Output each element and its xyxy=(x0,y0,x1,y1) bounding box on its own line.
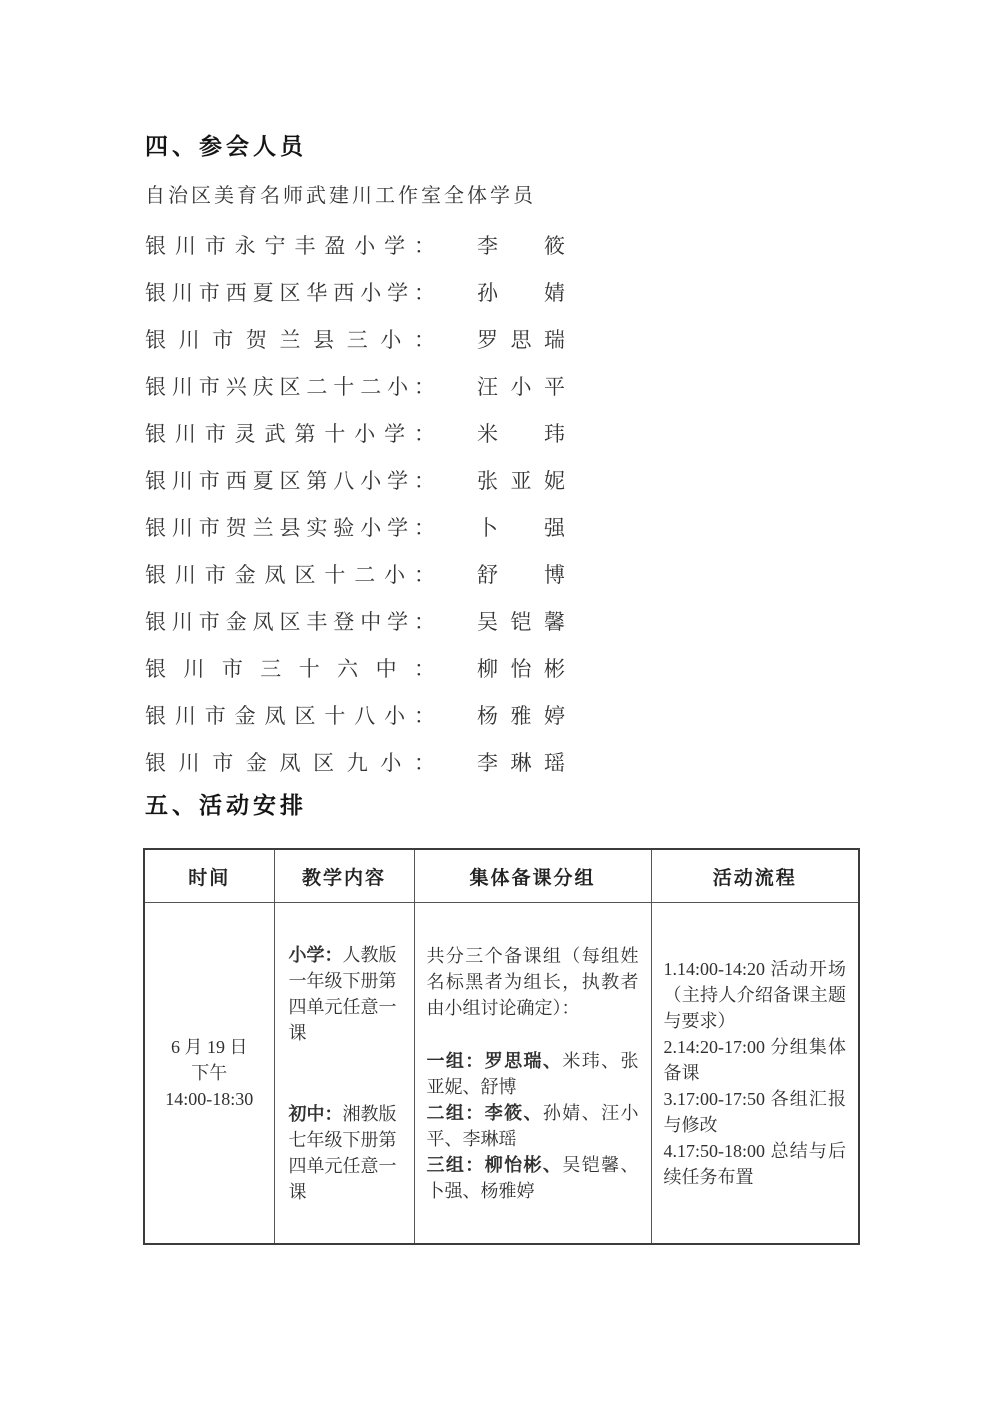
time-cell: 6 月 19 日 下午 14:00-18:30 xyxy=(144,903,274,1245)
teaching-primary-paragraph: 小学：人教版一年级下册第四单元任意一课 xyxy=(289,942,400,1046)
participant-row: 银川市灵武第十小学：米玮 xyxy=(145,409,565,456)
teaching-primary-label: 小学： xyxy=(289,945,343,965)
group-3-leader: 三组：柳怡彬、 xyxy=(427,1155,563,1175)
schedule-header-row: 时间 教学内容 集体备课分组 活动流程 xyxy=(144,849,859,903)
participant-list: 银川市永宁丰盈小学：李筱银川市西夏区华西小学：孙婧银川市贺兰县三小：罗思瑞银川市… xyxy=(145,221,565,785)
participant-row: 银川市贺兰县实验小学：卜强 xyxy=(145,503,565,550)
participant-row: 银川市贺兰县三小：罗思瑞 xyxy=(145,315,565,362)
teaching-content-cell: 小学：人教版一年级下册第四单元任意一课 初中：湘教版七年级下册第四单元任意一课 xyxy=(274,903,414,1245)
group-line-2: 二组：李筱、孙婧、汪小平、李琳瑶 xyxy=(427,1100,639,1152)
participant-school: 银川市三十六中： xyxy=(145,653,435,683)
participant-row: 银川市西夏区华西小学：孙婧 xyxy=(145,268,565,315)
participant-name: 杨雅婷 xyxy=(477,700,565,730)
group-1-leader: 一组：罗思瑞、 xyxy=(427,1051,563,1071)
participant-school: 银川市贺兰县三小： xyxy=(145,324,435,354)
participant-row: 银川市金凤区十二小：舒博 xyxy=(145,550,565,597)
participant-name: 柳怡彬 xyxy=(477,653,565,683)
participant-name: 吴铠馨 xyxy=(477,606,565,636)
participant-school: 银川市金凤区九小： xyxy=(145,747,435,777)
participant-school: 银川市金凤区丰登中学： xyxy=(145,606,435,636)
participant-name: 李琳瑶 xyxy=(477,747,565,777)
time-line-range: 14:00-18:30 xyxy=(149,1086,270,1112)
participant-name: 汪小平 xyxy=(477,371,565,401)
participant-school: 银川市西夏区第八小学： xyxy=(145,465,435,495)
process-item-2: 2.14:20-17:00 分组集体备课 xyxy=(664,1034,847,1086)
participant-school: 银川市灵武第十小学： xyxy=(145,418,435,448)
participant-row: 银川市金凤区十八小：杨雅婷 xyxy=(145,691,565,738)
participant-row: 银川市三十六中：柳怡彬 xyxy=(145,644,565,691)
participant-school: 银川市贺兰县实验小学： xyxy=(145,512,435,542)
schedule-body-row: 6 月 19 日 下午 14:00-18:30 小学：人教版一年级下册第四单元任… xyxy=(144,903,859,1245)
participant-name: 卜强 xyxy=(477,512,565,542)
participant-name: 罗思瑞 xyxy=(477,324,565,354)
section-heading-schedule: 五、活动安排 xyxy=(145,792,307,818)
header-cell-time: 时间 xyxy=(144,849,274,903)
teaching-secondary-paragraph: 初中：湘教版七年级下册第四单元任意一课 xyxy=(289,1101,400,1205)
grouping-cell: 共分三个备课组（每组姓名标黑者为组长，执教者由小组讨论确定）： 一组：罗思瑞、米… xyxy=(414,903,651,1245)
group-line-1: 一组：罗思瑞、米玮、张亚妮、舒博 xyxy=(427,1048,639,1100)
participant-school: 银川市永宁丰盈小学： xyxy=(145,230,435,260)
participant-name: 米玮 xyxy=(477,418,565,448)
teaching-secondary-label: 初中： xyxy=(289,1104,343,1124)
time-line-date: 6 月 19 日 xyxy=(149,1034,270,1060)
group-line-3: 三组：柳怡彬、吴铠馨、卜强、杨雅婷 xyxy=(427,1152,639,1204)
process-item-4: 4.17:50-18:00 总结与后续任务布置 xyxy=(664,1138,847,1190)
schedule-table: 时间 教学内容 集体备课分组 活动流程 6 月 19 日 下午 14:00-18… xyxy=(143,848,860,1245)
participant-row: 银川市金凤区九小：李琳瑶 xyxy=(145,738,565,785)
process-cell: 1.14:00-14:20 活动开场（主持人介绍备课主题与要求） 2.14:20… xyxy=(651,903,859,1245)
participant-name: 孙婧 xyxy=(477,277,565,307)
participant-name: 张亚妮 xyxy=(477,465,565,495)
participant-school: 银川市金凤区十二小： xyxy=(145,559,435,589)
header-cell-teaching-content: 教学内容 xyxy=(274,849,414,903)
document-page: 四、参会人员 自治区美育名师武建川工作室全体学员 银川市永宁丰盈小学：李筱银川市… xyxy=(0,0,1000,1414)
participant-row: 银川市金凤区丰登中学：吴铠馨 xyxy=(145,597,565,644)
participants-intro-line: 自治区美育名师武建川工作室全体学员 xyxy=(145,184,536,208)
participant-school: 银川市金凤区十八小： xyxy=(145,700,435,730)
section-heading-participants: 四、参会人员 xyxy=(145,133,307,159)
participant-school: 银川市西夏区华西小学： xyxy=(145,277,435,307)
participant-name: 舒博 xyxy=(477,559,565,589)
participant-row: 银川市兴庆区二十二小：汪小平 xyxy=(145,362,565,409)
participant-row: 银川市永宁丰盈小学：李筱 xyxy=(145,221,565,268)
participant-school: 银川市兴庆区二十二小： xyxy=(145,371,435,401)
participant-row: 银川市西夏区第八小学：张亚妮 xyxy=(145,456,565,503)
time-line-period: 下午 xyxy=(149,1060,270,1086)
participant-name: 李筱 xyxy=(477,230,565,260)
process-item-1: 1.14:00-14:20 活动开场（主持人介绍备课主题与要求） xyxy=(664,956,847,1034)
header-cell-grouping: 集体备课分组 xyxy=(414,849,651,903)
process-item-3: 3.17:00-17:50 各组汇报与修改 xyxy=(664,1086,847,1138)
group-2-leader: 二组：李筱、 xyxy=(427,1103,543,1123)
group-list: 一组：罗思瑞、米玮、张亚妮、舒博 二组：李筱、孙婧、汪小平、李琳瑶 三组：柳怡彬… xyxy=(427,1048,639,1204)
header-cell-process: 活动流程 xyxy=(651,849,859,903)
grouping-intro: 共分三个备课组（每组姓名标黑者为组长，执教者由小组讨论确定）： xyxy=(427,943,639,1021)
